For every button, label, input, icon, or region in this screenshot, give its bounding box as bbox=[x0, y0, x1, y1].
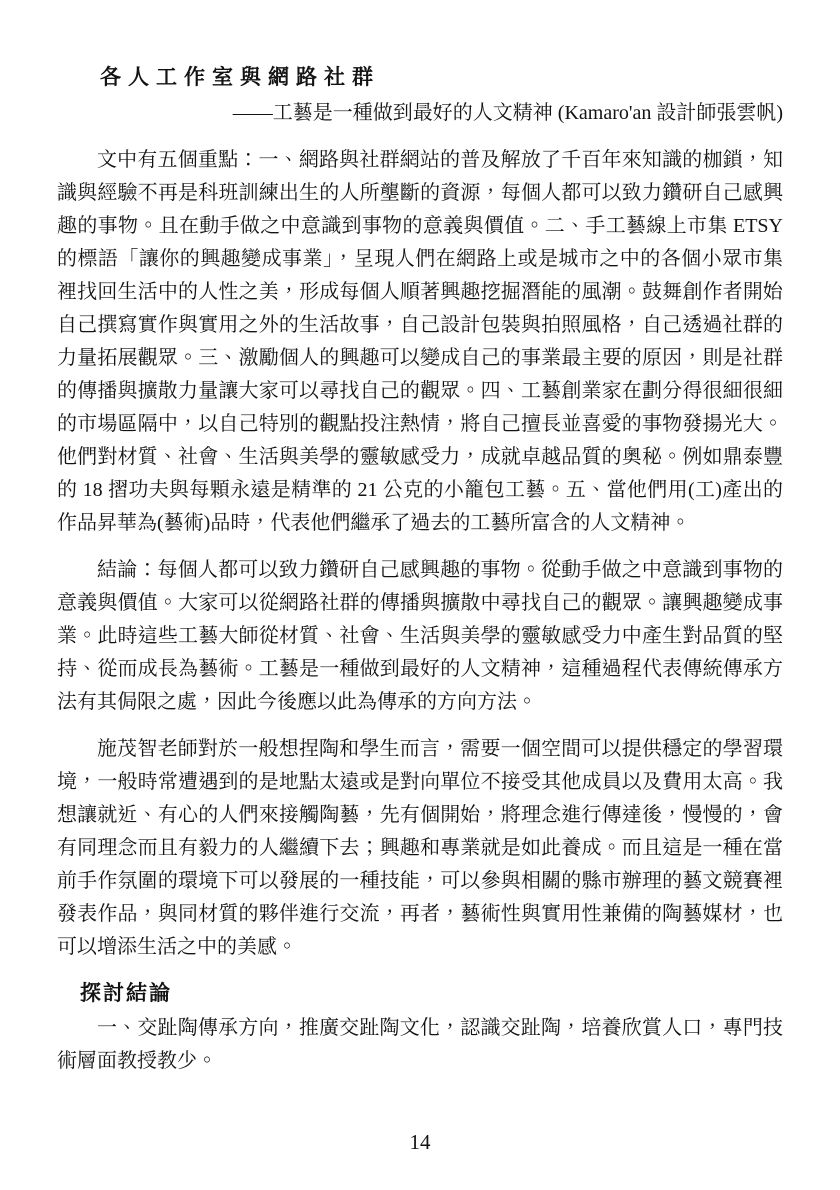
text-line: 業。此時這些工藝大師從材質、社會、生活與美學的靈敏感受力中產生對品質的堅 bbox=[57, 620, 783, 653]
text-line: 的市場區隔中，以自己特別的觀點投注熱情，將自己擅長並喜愛的事物發揚光大。 bbox=[57, 408, 783, 441]
text-line: 的標語「讓你的興趣變成事業」，呈現人們在網路上或是城市之中的各個小眾市集 bbox=[57, 243, 783, 276]
text-line: 結論：每個人都可以致力鑽研自己感興趣的事物。從動手做之中意識到事物的 bbox=[57, 554, 783, 587]
text-line: 文中有五個重點：一、網路與社群網站的普及解放了千百年來知識的枷鎖，知 bbox=[57, 144, 783, 177]
text-line: 的傳播與擴散力量讓大家可以尋找自己的觀眾。四、工藝創業家在劃分得很細很細 bbox=[57, 375, 783, 408]
text-line: 法有其侷限之處，因此今後應以此為傳承的方向方法。 bbox=[57, 686, 783, 719]
text-line: 意義與價值。大家可以從網路社群的傳播與擴散中尋找自己的觀眾。讓興趣變成事 bbox=[57, 587, 783, 620]
text-line: 可以增添生活之中的美感。 bbox=[57, 931, 783, 964]
text-line: 持、從而成長為藝術。工藝是一種做到最好的人文精神，這種過程代表傳統傳承方 bbox=[57, 653, 783, 686]
text-line: 施茂智老師對於一般想捏陶和學生而言，需要一個空間可以提供穩定的學習環 bbox=[57, 733, 783, 766]
text-line: 力量拓展觀眾。三、激勵個人的興趣可以變成自己的事業最主要的原因，則是社群 bbox=[57, 342, 783, 375]
text-line: 作品昇華為(藝術)品時，代表他們繼承了過去的工藝所富含的人文精神。 bbox=[57, 507, 783, 540]
text-line: 發表作品，與同材質的夥伴進行交流，再者，藝術性與實用性兼備的陶藝媒材，也 bbox=[57, 898, 783, 931]
paragraph-shi-maozhi: 施茂智老師對於一般想捏陶和學生而言，需要一個空間可以提供穩定的學習環 境，一般時… bbox=[57, 733, 783, 964]
text-line: 他們對材質、社會、生活與美學的靈敏感受力，成就卓越品質的奧秘。例如鼎泰豐 bbox=[57, 441, 783, 474]
text-line: 有同理念而且有毅力的人繼續下去；興趣和專業就是如此養成。而且這是一種在當 bbox=[57, 832, 783, 865]
text-line: 識與經驗不再是科班訓練出生的人所壟斷的資源，每個人都可以致力鑽研自己感興 bbox=[57, 177, 783, 210]
paragraph-conclusion: 結論：每個人都可以致力鑽研自己感興趣的事物。從動手做之中意識到事物的 意義與價值… bbox=[57, 554, 783, 719]
text-line: 境，一般時常遭遇到的是地點太遠或是對向單位不接受其他成員以及費用太高。我 bbox=[57, 766, 783, 799]
section-heading-discussion: 探討結論 bbox=[80, 978, 783, 1008]
text-line: 前手作氛圍的環境下可以發展的一種技能，可以參與相關的縣市辦理的藝文競賽裡 bbox=[57, 865, 783, 898]
text-line: 一、交趾陶傳承方向，推廣交趾陶文化，認識交趾陶，培養欣賞人口，專門技 bbox=[57, 1012, 783, 1045]
section-heading-workshop: 各人工作室與網路社群 bbox=[100, 62, 783, 92]
document-page: 各人工作室與網路社群 ——工藝是一種做到最好的人文精神 (Kamaro'an 設… bbox=[0, 0, 840, 1190]
page-number: 14 bbox=[0, 1130, 840, 1154]
text-line: 的 18 摺功夫與每顆永遠是精準的 21 公克的小籠包工藝。五、當他們用(工)產… bbox=[57, 474, 783, 507]
text-line: 自己撰寫實作與實用之外的生活故事，自己設計包裝與拍照風格，自己透過社群的 bbox=[57, 309, 783, 342]
text-line: 術層面教授教少。 bbox=[57, 1045, 783, 1078]
subtitle-quote: ——工藝是一種做到最好的人文精神 (Kamaro'an 設計師張雲帆) bbox=[57, 97, 783, 130]
paragraph-key-points: 文中有五個重點：一、網路與社群網站的普及解放了千百年來知識的枷鎖，知 識與經驗不… bbox=[57, 144, 783, 540]
text-line: 趣的事物。且在動手做之中意識到事物的意義與價值。二、手工藝線上市集 ETSY bbox=[57, 210, 783, 243]
text-line: 想讓就近、有心的人們來接觸陶藝，先有個開始，將理念進行傳達後，慢慢的，會 bbox=[57, 799, 783, 832]
text-line: 裡找回生活中的人性之美，形成每個人順著興趣挖掘潛能的風潮。鼓舞創作者開始 bbox=[57, 276, 783, 309]
paragraph-jiaozhi-pottery: 一、交趾陶傳承方向，推廣交趾陶文化，認識交趾陶，培養欣賞人口，專門技 術層面教授… bbox=[57, 1012, 783, 1078]
